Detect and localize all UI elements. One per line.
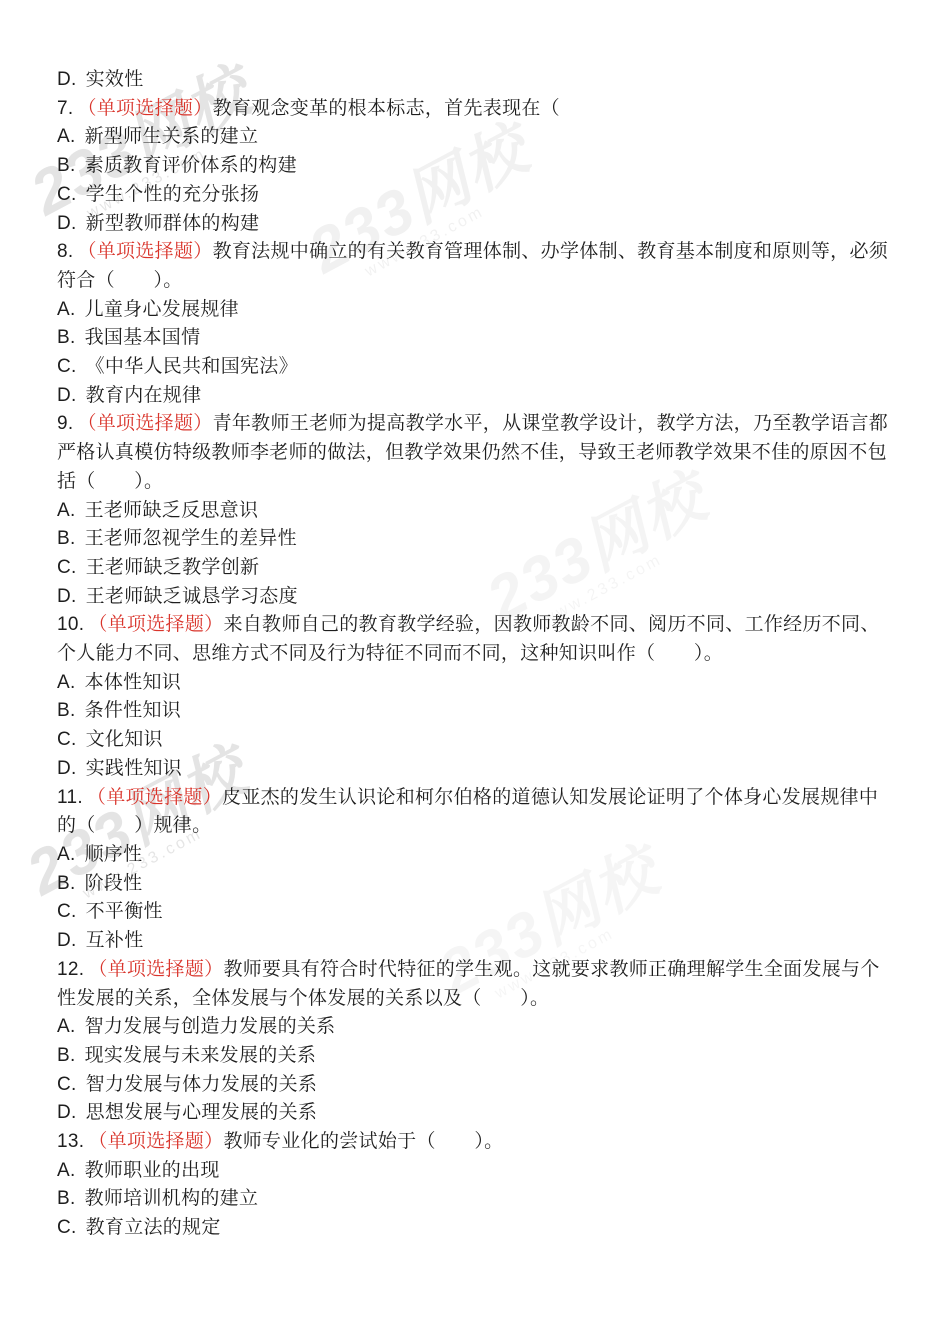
option-text: 现实发展与未来发展的关系 bbox=[85, 1045, 317, 1066]
question-type-label: （单项选择题） bbox=[87, 787, 222, 808]
option-text: 王老师缺乏教学创新 bbox=[86, 557, 260, 578]
question-line: 8.（单项选择题）教育法规中确立的有关教育管理体制、办学体制、教育基本制度和原则… bbox=[57, 238, 897, 295]
option-line: B.王老师忽视学生的差异性 bbox=[57, 525, 897, 554]
option-text: 新型师生关系的建立 bbox=[85, 126, 259, 147]
option-letter: B. bbox=[57, 327, 76, 348]
question-type-label: （单项选择题） bbox=[77, 98, 212, 119]
option-letter: D. bbox=[57, 213, 77, 234]
option-line: D.教育内在规律 bbox=[57, 382, 897, 411]
option-text: 智力发展与创造力发展的关系 bbox=[85, 1016, 336, 1037]
option-line: A.儿童身心发展规律 bbox=[57, 296, 897, 325]
option-text: 教育内在规律 bbox=[86, 385, 202, 406]
option-line: A.王老师缺乏反思意识 bbox=[57, 497, 897, 526]
question-type-label: （单项选择题） bbox=[77, 241, 212, 262]
exam-questions-list: D.实效性 7.（单项选择题）教育观念变革的根本标志，首先表现在（ A.新型师生… bbox=[57, 66, 897, 1243]
option-text: 实践性知识 bbox=[86, 758, 183, 779]
option-line: A.顺序性 bbox=[57, 841, 897, 870]
option-letter: D. bbox=[57, 385, 77, 406]
question-line: 9.（单项选择题）青年教师王老师为提高教学水平，从课堂教学设计，教学方法，乃至教… bbox=[57, 410, 897, 496]
option-text: 王老师缺乏诚恳学习态度 bbox=[86, 586, 298, 607]
question-number: 10. bbox=[57, 614, 84, 635]
option-line: B.现实发展与未来发展的关系 bbox=[57, 1042, 897, 1071]
question-type-label: （单项选择题） bbox=[77, 413, 212, 434]
option-text: 儿童身心发展规律 bbox=[85, 299, 239, 320]
option-text: 王老师缺乏反思意识 bbox=[85, 500, 259, 521]
option-letter: B. bbox=[57, 1188, 76, 1209]
option-line: D.实践性知识 bbox=[57, 755, 897, 784]
question-stem: 教育观念变革的根本标志，首先表现在（ bbox=[213, 98, 560, 119]
option-letter: A. bbox=[57, 1160, 76, 1181]
option-text: 顺序性 bbox=[85, 844, 143, 865]
option-line: B.素质教育评价体系的构建 bbox=[57, 152, 897, 181]
option-letter: A. bbox=[57, 126, 76, 147]
option-line: D.新型教师群体的构建 bbox=[57, 210, 897, 239]
question-line: 7.（单项选择题）教育观念变革的根本标志，首先表现在（ bbox=[57, 95, 897, 124]
option-text: 思想发展与心理发展的关系 bbox=[86, 1102, 318, 1123]
question-line: 10.（单项选择题）来自教师自己的教育教学经验，因教师教龄不同、阅历不同、工作经… bbox=[57, 611, 897, 668]
option-letter: A. bbox=[57, 1016, 76, 1037]
option-text: 王老师忽视学生的差异性 bbox=[85, 528, 297, 549]
option-letter: B. bbox=[57, 528, 76, 549]
option-line: C.智力发展与体力发展的关系 bbox=[57, 1071, 897, 1100]
option-line: A.新型师生关系的建立 bbox=[57, 123, 897, 152]
question-line: 12.（单项选择题）教师要具有符合时代特征的学生观。这就要求教师正确理解学生全面… bbox=[57, 956, 897, 1013]
option-letter: A. bbox=[57, 299, 76, 320]
question-stem: 教师专业化的尝试始于（ ）。 bbox=[223, 1131, 503, 1152]
option-letter: C. bbox=[57, 729, 77, 750]
option-text: 学生个性的充分张扬 bbox=[86, 184, 260, 205]
option-line: C.《中华人民共和国宪法》 bbox=[57, 353, 897, 382]
option-text: 教师职业的出现 bbox=[85, 1160, 220, 1181]
option-letter: C. bbox=[57, 1217, 77, 1238]
option-text: 新型教师群体的构建 bbox=[86, 213, 260, 234]
question-number: 8. bbox=[57, 241, 73, 262]
option-letter: B. bbox=[57, 155, 76, 176]
option-line: C.文化知识 bbox=[57, 726, 897, 755]
option-line: D.王老师缺乏诚恳学习态度 bbox=[57, 583, 897, 612]
option-letter: D. bbox=[57, 586, 77, 607]
option-letter: C. bbox=[57, 184, 77, 205]
option-line: C.不平衡性 bbox=[57, 898, 897, 927]
option-letter: C. bbox=[57, 1074, 77, 1095]
option-letter: D. bbox=[57, 69, 77, 90]
option-letter: A. bbox=[57, 500, 76, 521]
option-line: B.教师培训机构的建立 bbox=[57, 1185, 897, 1214]
option-text: 实效性 bbox=[86, 69, 144, 90]
option-line: A.教师职业的出现 bbox=[57, 1157, 897, 1186]
option-line: D.思想发展与心理发展的关系 bbox=[57, 1099, 897, 1128]
option-text: 《中华人民共和国宪法》 bbox=[86, 356, 298, 377]
option-letter: C. bbox=[57, 356, 77, 377]
option-text: 智力发展与体力发展的关系 bbox=[86, 1074, 318, 1095]
exam-page: 233网校 www.233.com 233网校 www.233.com 233网… bbox=[0, 0, 950, 1344]
option-line: C.学生个性的充分张扬 bbox=[57, 181, 897, 210]
option-letter: B. bbox=[57, 700, 76, 721]
option-letter: D. bbox=[57, 1102, 77, 1123]
option-text: 教育立法的规定 bbox=[86, 1217, 221, 1238]
option-line: B.我国基本国情 bbox=[57, 324, 897, 353]
option-line: C.教育立法的规定 bbox=[57, 1214, 897, 1243]
option-letter: A. bbox=[57, 844, 76, 865]
option-letter: B. bbox=[57, 1045, 76, 1066]
question-line: 11.（单项选择题）皮亚杰的发生认识论和柯尔伯格的道德认知发展论证明了个体身心发… bbox=[57, 784, 897, 841]
question-line: 13.（单项选择题）教师专业化的尝试始于（ ）。 bbox=[57, 1128, 897, 1157]
option-text: 素质教育评价体系的构建 bbox=[85, 155, 297, 176]
option-text: 互补性 bbox=[86, 930, 144, 951]
option-letter: D. bbox=[57, 758, 77, 779]
option-text: 我国基本国情 bbox=[85, 327, 201, 348]
option-letter: C. bbox=[57, 901, 77, 922]
option-text: 条件性知识 bbox=[85, 700, 182, 721]
option-line: A.智力发展与创造力发展的关系 bbox=[57, 1013, 897, 1042]
option-letter: C. bbox=[57, 557, 77, 578]
option-line: C.王老师缺乏教学创新 bbox=[57, 554, 897, 583]
question-number: 7. bbox=[57, 98, 73, 119]
option-text: 本体性知识 bbox=[85, 672, 182, 693]
question-type-label: （单项选择题） bbox=[88, 959, 223, 980]
option-letter: B. bbox=[57, 873, 76, 894]
option-line: D.实效性 bbox=[57, 66, 897, 95]
question-type-label: （单项选择题） bbox=[88, 1131, 223, 1152]
option-line: D.互补性 bbox=[57, 927, 897, 956]
option-letter: D. bbox=[57, 930, 77, 951]
question-number: 13. bbox=[57, 1131, 84, 1152]
option-line: B.条件性知识 bbox=[57, 697, 897, 726]
option-text: 阶段性 bbox=[85, 873, 143, 894]
option-line: B.阶段性 bbox=[57, 870, 897, 899]
option-letter: A. bbox=[57, 672, 76, 693]
option-text: 不平衡性 bbox=[86, 901, 163, 922]
option-text: 教师培训机构的建立 bbox=[85, 1188, 259, 1209]
question-number: 12. bbox=[57, 959, 84, 980]
option-line: A.本体性知识 bbox=[57, 669, 897, 698]
question-number: 11. bbox=[57, 787, 83, 808]
question-number: 9. bbox=[57, 413, 73, 434]
question-type-label: （单项选择题） bbox=[88, 614, 223, 635]
option-text: 文化知识 bbox=[86, 729, 163, 750]
